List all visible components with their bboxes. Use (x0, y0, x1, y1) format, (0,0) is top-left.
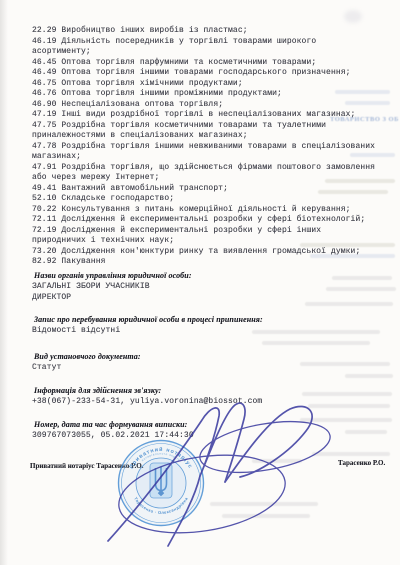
activity-line: 72.19 Дослідження й експериментальні роз… (32, 226, 392, 237)
activity-line: 46.49 Оптова торгівля іншими товарами го… (32, 68, 392, 79)
activity-line: 47.78 Роздрібна торгівля іншими невживан… (32, 142, 392, 153)
activity-line: 72.11 Дослідження й експериментальні роз… (32, 215, 392, 226)
signature (78, 358, 348, 558)
bleedthrough-line (300, 243, 395, 247)
activity-line: 46.75 Оптова торгівля хімічними продукта… (32, 79, 392, 90)
bleedthrough-text-fragment: ТОВАРИСТВО З ОБ (330, 116, 399, 123)
activity-line: 46.19 Діяльність посередників у торгівлі… (32, 37, 392, 48)
activity-code-list: 22.29 Виробництво інших виробів із пласт… (32, 26, 392, 268)
bleedthrough-line (305, 302, 393, 306)
bleedthrough-line (310, 254, 395, 258)
bleedthrough-line (345, 430, 387, 434)
activity-line: 46.90 Неспеціалізована оптова торгівля; (32, 100, 392, 111)
activity-line: 70.22 Консультування з питань комерційно… (32, 205, 392, 216)
bleedthrough-line (325, 179, 395, 183)
scan-smudge (344, 10, 362, 23)
section-heading: Запис про перебування юридичної особи в … (34, 315, 384, 324)
section-values: ЗАГАЛЬНІ ЗБОРИ УЧАСНИКІВДИРЕКТОР (32, 282, 384, 303)
bleedthrough-line (318, 190, 388, 194)
bleedthrough-line (262, 341, 370, 345)
document-page: 22.29 Виробництво інших виробів із пласт… (0, 0, 400, 565)
activity-line: 82.92 Пакування (32, 257, 392, 268)
bleedthrough-line (252, 330, 380, 334)
activity-line: приналежностями в спеціалізованих магази… (32, 131, 392, 142)
activity-line: магазинах; (32, 152, 392, 163)
activity-line: 47.91 Роздрібна торгівля, що здійснюєтьс… (32, 163, 392, 174)
bleedthrough-line (345, 374, 393, 378)
bleedthrough-line (335, 90, 390, 94)
bleedthrough-line (326, 287, 396, 291)
bleedthrough-line (345, 101, 390, 105)
activity-line: 22.29 Виробництво інших виробів із пласт… (32, 26, 392, 37)
activity-line: 52.10 Складське господарство; (32, 194, 392, 205)
activity-line: асортименту; (32, 47, 392, 58)
bleedthrough-line (332, 276, 392, 280)
scan-edge-shadow (0, 0, 8, 565)
bleedthrough-line (350, 153, 395, 157)
activity-line: 46.45 Оптова торгівля парфумними та косм… (32, 58, 392, 69)
